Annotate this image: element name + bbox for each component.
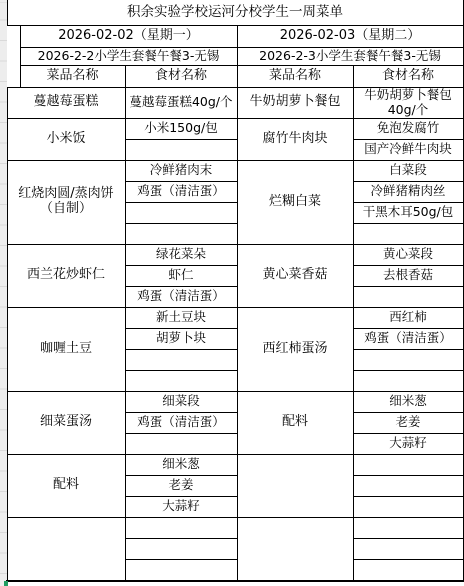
dish-cell[interactable]: 咖喱土豆 <box>7 307 125 391</box>
grid-line <box>6 580 464 582</box>
grid-line <box>353 433 463 434</box>
ingredient-cell[interactable] <box>125 202 237 223</box>
grid-line <box>20 25 21 87</box>
ingredient-cell[interactable] <box>353 538 463 559</box>
grid-line <box>125 223 237 224</box>
ingredient-cell[interactable]: 黄心菜段 <box>353 244 463 265</box>
dish-cell[interactable] <box>7 517 125 580</box>
ingredient-cell[interactable] <box>125 139 237 160</box>
ingredient-cell[interactable] <box>353 223 463 244</box>
ingredient-cell[interactable] <box>353 475 463 496</box>
ingredient-cell[interactable] <box>353 370 463 391</box>
meal-set-cell-monday[interactable]: 2026-2-2小学生套餐午餐3-无锡 <box>20 47 237 65</box>
grid-line <box>20 47 463 48</box>
ingredient-cell[interactable]: 国产冷鲜牛肉块 <box>353 139 463 160</box>
grid-line <box>353 223 463 224</box>
dish-cell[interactable]: 配料 <box>7 454 125 517</box>
grid-line <box>353 181 463 182</box>
ingredient-cell[interactable]: 去根香菇 <box>353 265 463 286</box>
ingredient-cell[interactable]: 白菜段 <box>353 160 463 181</box>
grid-line <box>353 349 463 350</box>
ingredient-cell[interactable] <box>125 223 237 244</box>
grid-line <box>125 559 237 560</box>
grid-line <box>7 391 463 392</box>
grid-line <box>7 307 463 308</box>
ingredient-cell[interactable] <box>353 559 463 580</box>
grid-line <box>237 25 238 580</box>
ingredient-cell[interactable]: 细米葱 <box>125 454 237 475</box>
grid-line <box>353 538 463 539</box>
grid-line <box>353 496 463 497</box>
ingredient-cell[interactable]: 小米150g/包 <box>125 118 237 139</box>
grid-line <box>353 139 463 140</box>
column-header-ingredient-tuesday[interactable]: 食材名称 <box>353 65 463 87</box>
ingredient-cell[interactable]: 西红柿 <box>353 307 463 328</box>
dish-cell[interactable] <box>237 517 353 580</box>
ingredient-cell[interactable]: 虾仁 <box>125 265 237 286</box>
ingredient-cell[interactable]: 新土豆块 <box>125 307 237 328</box>
grid-line <box>353 475 463 476</box>
grid-line <box>353 412 463 413</box>
date-cell-tuesday[interactable]: 2026-02-03（星期二） <box>237 25 463 47</box>
ingredient-cell[interactable] <box>125 559 237 580</box>
dish-cell[interactable]: 蔓越莓蛋糕 <box>7 87 125 118</box>
dish-cell[interactable]: 黄心菜香菇 <box>237 244 353 307</box>
ingredient-cell[interactable]: 牛奶胡萝卜餐包 40g/个 <box>353 87 463 118</box>
dish-cell[interactable] <box>237 454 353 517</box>
grid-line <box>7 244 463 245</box>
selection-corner-marker <box>4 581 8 586</box>
ingredient-cell[interactable] <box>125 517 237 538</box>
grid-line <box>125 181 237 182</box>
grid-line <box>125 139 237 140</box>
ingredient-cell[interactable]: 细米葱 <box>353 391 463 412</box>
grid-line <box>353 65 354 580</box>
grid-line <box>353 370 463 371</box>
ingredient-cell[interactable] <box>353 454 463 475</box>
ingredient-cell[interactable] <box>125 349 237 370</box>
grid-line <box>353 559 463 560</box>
menu-title-cell[interactable]: 积余实验学校运河分校学生一周菜单 <box>7 0 463 25</box>
grid-line <box>125 65 126 580</box>
dish-cell[interactable]: 牛奶胡萝卜餐包 <box>237 87 353 118</box>
ingredient-cell[interactable]: 大蒜籽 <box>353 433 463 454</box>
ingredient-cell[interactable]: 老姜 <box>125 475 237 496</box>
ingredient-cell[interactable] <box>353 517 463 538</box>
grid-line <box>7 87 463 88</box>
ingredient-cell[interactable]: 鸡蛋（清洁蛋） <box>125 181 237 202</box>
ingredient-cell[interactable]: 蔓越莓蛋糕40g/个 <box>125 87 237 118</box>
ingredient-cell[interactable] <box>125 370 237 391</box>
column-header-ingredient-monday[interactable]: 食材名称 <box>125 65 237 87</box>
ingredient-cell[interactable] <box>353 286 463 307</box>
grid-line <box>125 328 237 329</box>
dish-cell[interactable]: 红烧肉圆/蒸肉饼 （自制） <box>7 160 125 244</box>
dish-cell[interactable]: 配料 <box>237 391 353 454</box>
ingredient-cell[interactable]: 干黑木耳50g/包 <box>353 202 463 223</box>
grid-line <box>7 0 8 25</box>
dish-cell[interactable]: 烂糊白菜 <box>237 160 353 244</box>
grid-line <box>7 25 463 26</box>
grid-line <box>125 475 237 476</box>
meal-set-cell-tuesday[interactable]: 2026-2-3小学生套餐午餐3-无锡 <box>237 47 463 65</box>
dish-cell[interactable]: 西红柿蛋汤 <box>237 307 353 391</box>
grid-line <box>125 349 237 350</box>
ingredient-cell[interactable]: 细菜段 <box>125 391 237 412</box>
grid-line <box>125 286 237 287</box>
ingredient-cell[interactable]: 冷鲜猪精肉丝 <box>353 181 463 202</box>
ingredient-cell[interactable]: 鸡蛋（清洁蛋） <box>125 286 237 307</box>
grid-line <box>125 433 237 434</box>
grid-line <box>125 202 237 203</box>
menu-spreadsheet: 积余实验学校运河分校学生一周菜单 2026-02-02（星期一） 2026-02… <box>0 0 464 586</box>
ingredient-cell[interactable]: 鸡蛋（清洁蛋） <box>125 412 237 433</box>
column-header-dish-tuesday[interactable]: 菜品名称 <box>237 65 353 87</box>
dish-cell[interactable]: 西兰花炒虾仁 <box>7 244 125 307</box>
grid-line <box>7 517 463 518</box>
dish-cell[interactable]: 腐竹牛肉块 <box>237 118 353 160</box>
grid-line <box>125 496 237 497</box>
grid-line <box>353 328 463 329</box>
ingredient-cell[interactable] <box>353 349 463 370</box>
grid-line <box>125 538 237 539</box>
grid-line <box>7 160 463 161</box>
date-cell-monday[interactable]: 2026-02-02（星期一） <box>20 25 237 47</box>
grid-line <box>7 87 8 580</box>
ingredient-cell[interactable] <box>353 496 463 517</box>
dish-cell[interactable]: 细菜蛋汤 <box>7 391 125 454</box>
grid-line <box>125 265 237 266</box>
grid-line <box>20 65 463 66</box>
grid-line <box>353 202 463 203</box>
ingredient-cell[interactable]: 老姜 <box>353 412 463 433</box>
ingredient-cell[interactable]: 免泡发腐竹 <box>353 118 463 139</box>
dish-cell[interactable]: 小米饭 <box>7 118 125 160</box>
column-header-dish-monday[interactable]: 菜品名称 <box>20 65 125 87</box>
grid-line <box>125 370 237 371</box>
grid-line <box>7 454 463 455</box>
grid-line <box>125 412 237 413</box>
ingredient-cell[interactable]: 胡萝卜块 <box>125 328 237 349</box>
ingredient-cell[interactable]: 绿花菜朵 <box>125 244 237 265</box>
ingredient-cell[interactable] <box>125 433 237 454</box>
ingredient-cell[interactable]: 鸡蛋（清洁蛋） <box>353 328 463 349</box>
ingredient-cell[interactable] <box>125 538 237 559</box>
ingredient-cell[interactable]: 冷鲜猪肉末 <box>125 160 237 181</box>
grid-line <box>7 118 463 119</box>
grid-line <box>353 286 463 287</box>
ingredient-cell[interactable]: 大蒜籽 <box>125 496 237 517</box>
grid-line <box>353 265 463 266</box>
